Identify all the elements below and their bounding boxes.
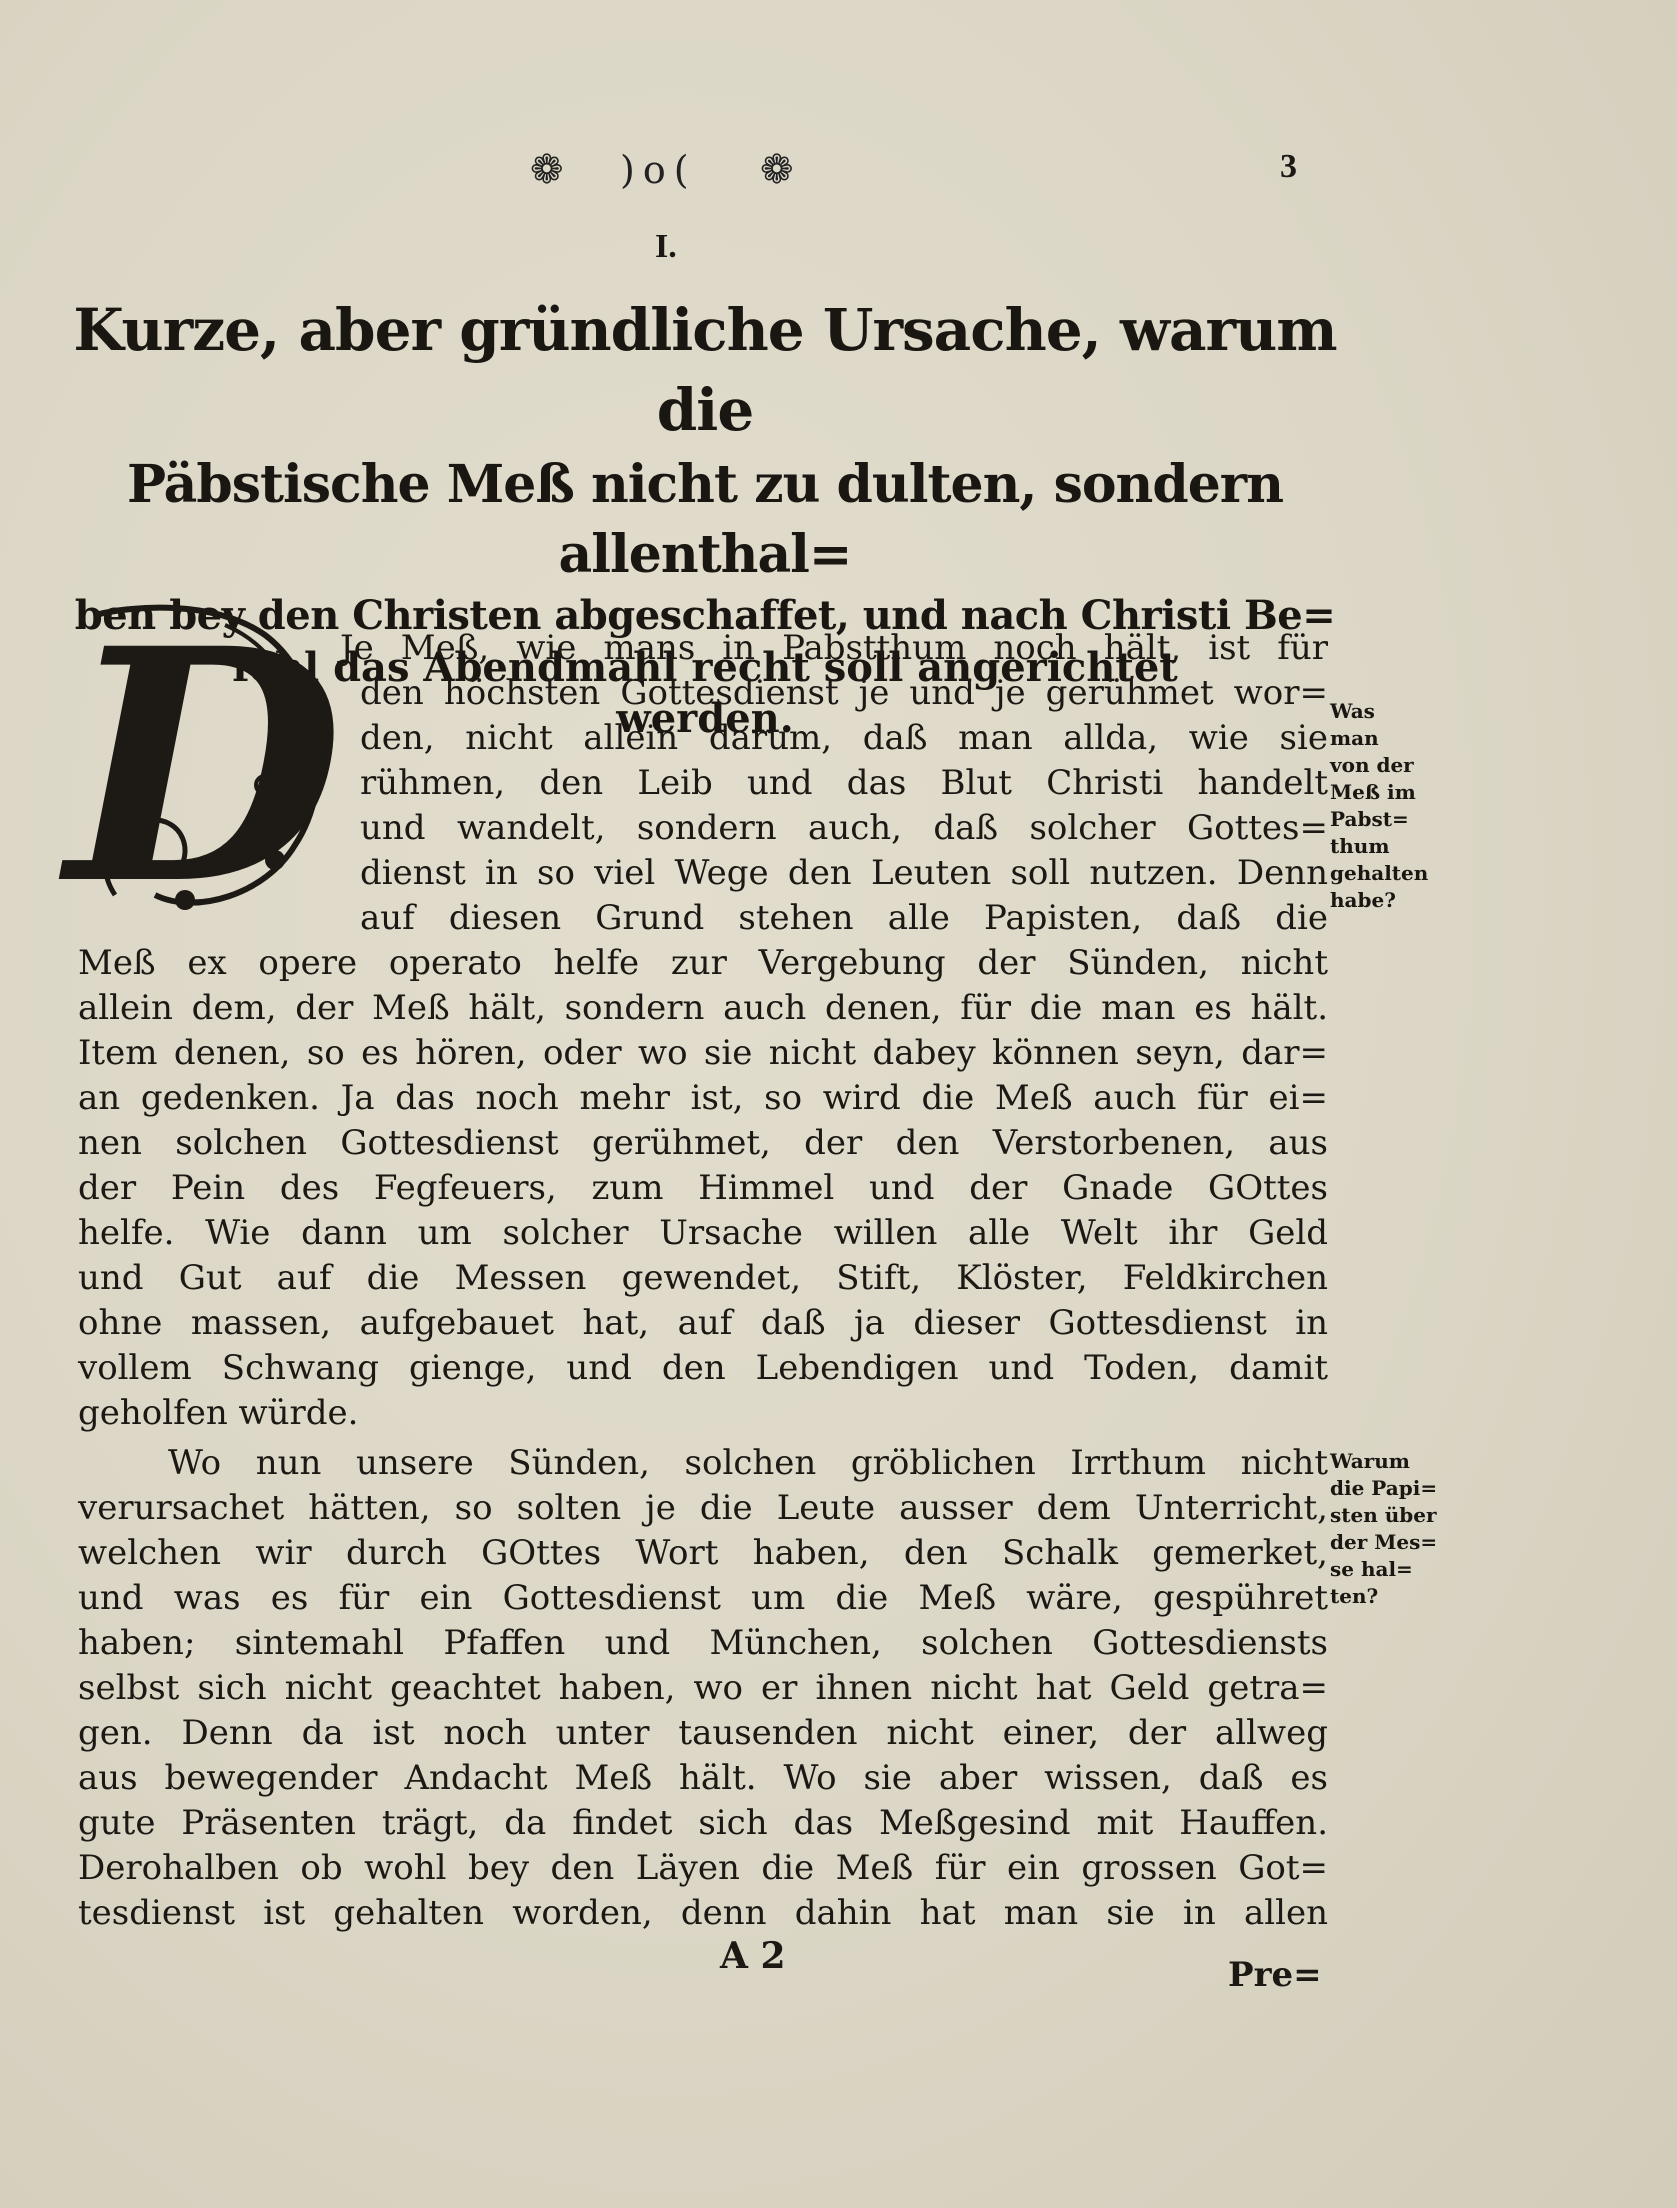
text-line: verursachet hätten, so solten je die Leu… (78, 1485, 1328, 1531)
margin-note-line: sten über (1330, 1502, 1437, 1529)
margin-note-line: se hal= (1330, 1556, 1437, 1583)
text-line: welchen wir durch GOttes Wort haben, den… (78, 1530, 1328, 1576)
text-line: und was es für ein Gottesdienst um die M… (78, 1575, 1328, 1621)
text-line: geholfen würde. (78, 1390, 1328, 1436)
text-line: den höchsten Gottesdienst je und je gerü… (360, 670, 1328, 716)
decorative-initial: D (75, 595, 335, 940)
text-line: ohne massen, aufgebauet hat, auf daß ja … (78, 1300, 1328, 1346)
text-line: nen solchen Gottesdienst gerühmet, der d… (78, 1120, 1328, 1166)
text-line: Wo nun unsere Sünden, solchen gröblichen… (78, 1440, 1328, 1486)
margin-note: Was man von der Meß im Pabst= thum gehal… (1330, 698, 1428, 914)
section-number: I. (655, 228, 677, 266)
margin-note-line: gehalten (1330, 860, 1428, 887)
text-line: vollem Schwang gienge, und den Lebendige… (78, 1345, 1328, 1391)
flower-ornament-icon: ❁ (760, 140, 794, 200)
title-line: Päbstische Meß nicht zu dulten, sondern … (70, 450, 1340, 590)
text-line: rühmen, den Leib und das Blut Christi ha… (360, 760, 1328, 806)
text-line: an gedenken. Ja das noch mehr ist, so wi… (78, 1075, 1328, 1121)
header-ornament-text: )o( (620, 140, 697, 200)
margin-note-line: Pabst= (1330, 806, 1428, 833)
text-line: und wandelt, sondern auch, daß solcher G… (360, 805, 1328, 851)
text-line: und Gut auf die Messen gewendet, Stift, … (78, 1255, 1328, 1301)
running-header: ❁ )o( ❁ 3 (520, 140, 1320, 200)
text-line: gute Präsenten trägt, da findet sich das… (78, 1800, 1328, 1846)
text-line: tesdienst ist gehalten worden, denn dahi… (78, 1890, 1328, 1936)
page-number: 3 (1280, 148, 1297, 186)
margin-note-line: Meß im (1330, 779, 1428, 806)
text-line: selbst sich nicht geachtet haben, wo er … (78, 1665, 1328, 1711)
text-line: Derohalben ob wohl bey den Läyen die Meß… (78, 1845, 1328, 1891)
text-line: aus bewegender Andacht Meß hält. Wo sie … (78, 1755, 1328, 1801)
margin-note-line: habe? (1330, 887, 1428, 914)
margin-note-line: von der (1330, 752, 1428, 779)
margin-note: Warum die Papi= sten über der Mes= se ha… (1330, 1448, 1437, 1610)
text-line: helfe. Wie dann um solcher Ursache wille… (78, 1210, 1328, 1256)
title-line: Kurze, aber gründliche Ursache, warum di… (70, 290, 1340, 450)
text-line: allein dem, der Meß hält, sondern auch d… (78, 985, 1328, 1031)
signature-mark: A 2 (720, 1935, 786, 1977)
text-line: den, nicht allein darum, daß man allda, … (360, 715, 1328, 761)
drop-cap-letter: D (75, 595, 335, 940)
margin-note-line: ten? (1330, 1583, 1437, 1610)
margin-note-line: Was (1330, 698, 1428, 725)
margin-note-line: thum (1330, 833, 1428, 860)
margin-note-line: die Papi= (1330, 1475, 1437, 1502)
text-line: der Pein des Fegfeuers, zum Himmel und d… (78, 1165, 1328, 1211)
flower-ornament-icon: ❁ (530, 140, 564, 200)
text-line: Item denen, so es hören, oder wo sie nic… (78, 1030, 1328, 1076)
text-line: Meß ex opere operato helfe zur Vergebung… (78, 940, 1328, 986)
text-line: Je Meß, wie mans in Pabstthum noch hält,… (340, 625, 1328, 671)
book-page: ❁ )o( ❁ 3 I. Kurze, aber gründliche Ursa… (0, 0, 1677, 2208)
text-line: haben; sintemahl Pfaffen und München, so… (78, 1620, 1328, 1666)
text-line: gen. Denn da ist noch unter tausenden ni… (78, 1710, 1328, 1756)
margin-note-line: Warum (1330, 1448, 1437, 1475)
margin-note-line: man (1330, 725, 1428, 752)
margin-note-line: der Mes= (1330, 1529, 1437, 1556)
catchword: Pre= (1228, 1955, 1322, 1995)
text-line: dienst in so viel Wege den Leuten soll n… (360, 850, 1328, 896)
text-line: auf diesen Grund stehen alle Papisten, d… (360, 895, 1328, 941)
